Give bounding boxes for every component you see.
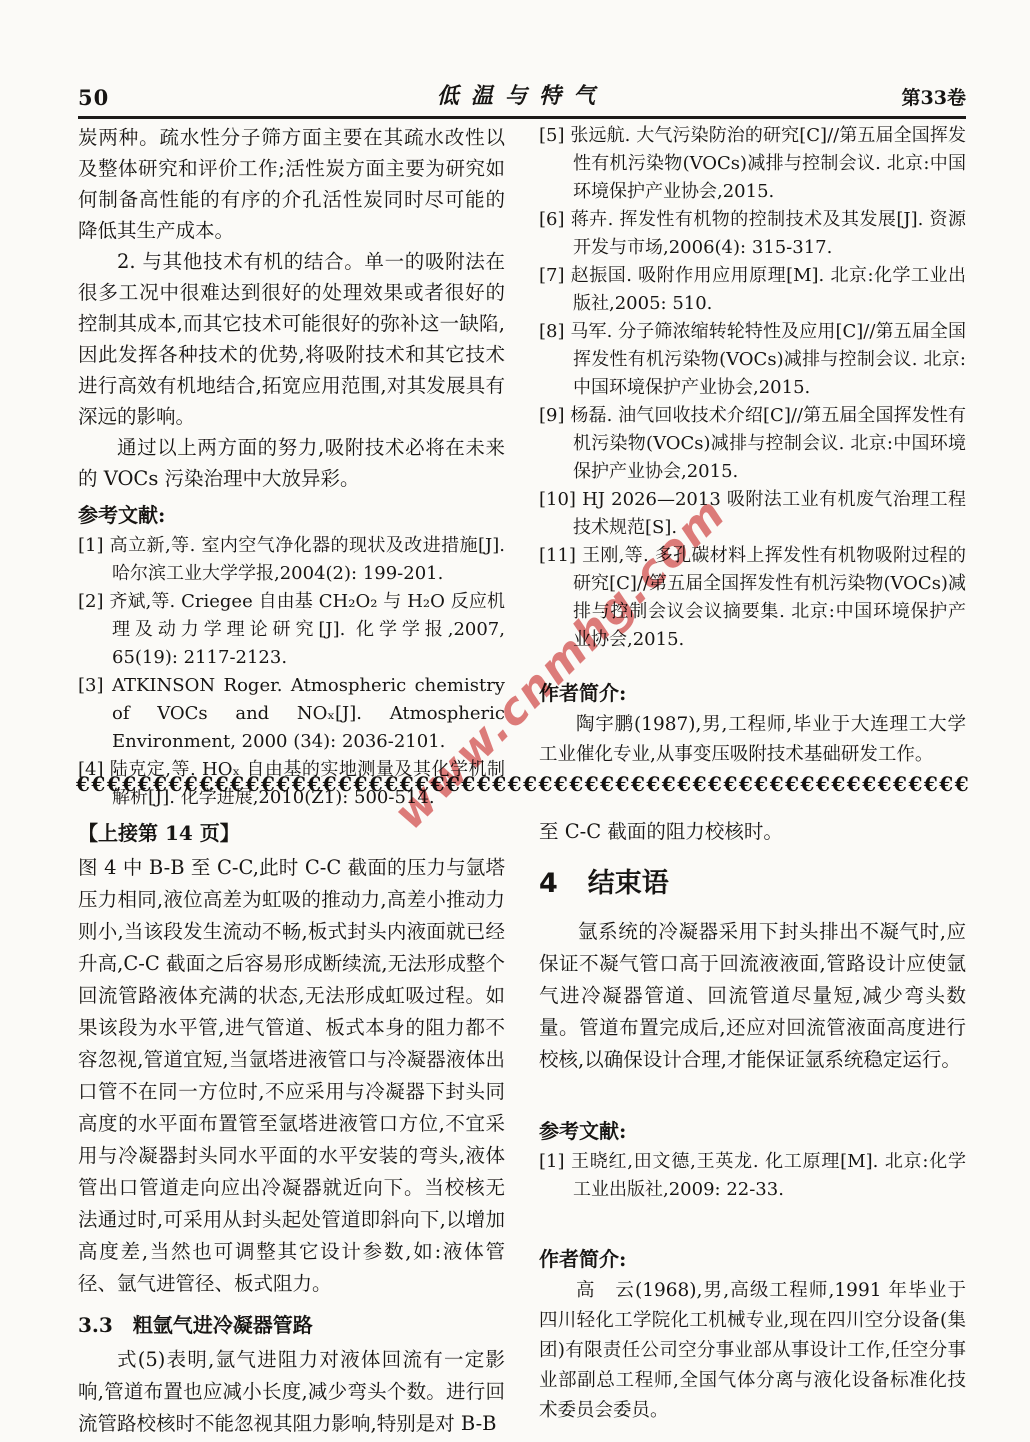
author-bio-heading: 作者简介:: [539, 1244, 966, 1274]
reference-text: 齐斌,等. Criegee 自由基 CH₂O₂ 与 H₂O 反应机理及动力学理论…: [109, 591, 505, 668]
reference-text: 高立新,等. 室内空气净化器的现状及改进措施[J]. 哈尔滨工业大学学报,200…: [110, 535, 505, 584]
reference-item: [1] 高立新,等. 室内空气净化器的现状及改进措施[J]. 哈尔滨工业大学学报…: [78, 532, 505, 588]
reference-item: [11] 王刚,等. 多孔碳材料上挥发性有机物吸附过程的研究[C]//第五届全国…: [539, 542, 966, 654]
reference-text: ATKINSON Roger. Atmospheric chemistry of…: [112, 675, 505, 752]
reference-label: [1]: [539, 1151, 565, 1172]
carry-over-line: 至 C-C 截面的阻力校核时。: [539, 816, 966, 848]
reference-item: [6] 蒋卉. 挥发性有机物的控制技术及其发展[J]. 资源开发与市场,2006…: [539, 206, 966, 262]
reference-item: [7] 赵振国. 吸附作用应用原理[M]. 北京:化学工业出版社,2005: 5…: [539, 262, 966, 318]
section-divider: €€€€€€€€€€€€€€€€€€€€€€€€€€€€€€€€€€€€€€€€…: [76, 774, 970, 796]
reference-text: HJ 2026—2013 吸附法工业有机废气治理工程技术规范[S].: [573, 489, 966, 538]
paragraph: 式(5)表明,氩气进阻力对液体回流有一定影响,管道布置也应减小长度,减少弯头个数…: [78, 1344, 505, 1440]
reference-text: 蒋卉. 挥发性有机物的控制技术及其发展[J]. 资源开发与市场,2006(4):…: [571, 209, 966, 258]
reference-text: 赵振国. 吸附作用应用原理[M]. 北京:化学工业出版社,2005: 510.: [571, 265, 966, 314]
reference-item: [8] 马军. 分子筛浓缩转轮特性及应用[C]//第五届全国挥发性有机污染物(V…: [539, 318, 966, 402]
paragraph: 氩系统的冷凝器采用下封头排出不凝气时,应保证不凝气管口高于回流液液面,管路设计应…: [539, 916, 966, 1076]
page-header: 50 低温与特气 第33卷: [78, 74, 966, 119]
reference-label: [5]: [539, 125, 565, 146]
paragraph: 炭两种。疏水性分子筛方面主要在其疏水改性以及整体研究和评价工作;活性炭方面主要为…: [78, 122, 505, 246]
section-number: 4: [539, 864, 558, 904]
references-heading: 参考文献:: [78, 500, 505, 530]
reference-text: 张远航. 大气污染防治的研究[C]//第五届全国挥发性有机污染物(VOCs)减排…: [570, 125, 966, 202]
reference-label: [9]: [539, 405, 565, 426]
reference-label: [6]: [539, 209, 565, 230]
paragraph: 2. 与其他技术有机的结合。单一的吸附法在很多工况中很难达到很好的处理效果或者很…: [78, 246, 505, 432]
reference-label: [2]: [78, 591, 104, 612]
reference-item: [10] HJ 2026—2013 吸附法工业有机废气治理工程技术规范[S].: [539, 486, 966, 542]
reference-text: 杨磊. 油气回收技术介绍[C]//第五届全国挥发性有机污染物(VOCs)减排与控…: [570, 405, 966, 482]
reference-item: [9] 杨磊. 油气回收技术介绍[C]//第五届全国挥发性有机污染物(VOCs)…: [539, 402, 966, 486]
reference-item: [1] 王晓红,田文德,王英龙. 化工原理[M]. 北京:化学工业出版社,200…: [539, 1148, 966, 1204]
reference-label: [1]: [78, 535, 104, 556]
paragraph: 图 4 中 B-B 至 C-C,此时 C-C 截面的压力与氩塔压力相同,液位高差…: [78, 852, 505, 1300]
reference-label: [3]: [78, 675, 104, 696]
reference-item: [5] 张远航. 大气污染防治的研究[C]//第五届全国挥发性有机污染物(VOC…: [539, 122, 966, 206]
section-title: 粗氩气进冷凝器管路: [133, 1308, 313, 1342]
references-heading: 参考文献:: [539, 1116, 966, 1146]
section-title: 结束语: [588, 864, 669, 904]
journal-page: 50 低温与特气 第33卷 炭两种。疏水性分子筛方面主要在其疏水改性以及整体研究…: [0, 0, 1030, 1442]
top-section: 炭两种。疏水性分子筛方面主要在其疏水改性以及整体研究和评价工作;活性炭方面主要为…: [78, 122, 966, 790]
left-column-bottom: 【上接第 14 页】 图 4 中 B-B 至 C-C,此时 C-C 截面的压力与…: [78, 816, 505, 1440]
section-3-3-heading: 3.3 粗氩气进冷凝器管路: [78, 1308, 505, 1342]
reference-text: 王刚,等. 多孔碳材料上挥发性有机物吸附过程的研究[C]//第五届全国挥发性有机…: [573, 545, 966, 650]
reference-label: [7]: [539, 265, 565, 286]
reference-label: [8]: [539, 321, 565, 342]
reference-label: [11]: [539, 545, 576, 566]
reference-text: 马军. 分子筛浓缩转轮特性及应用[C]//第五届全国挥发性有机污染物(VOCs)…: [570, 321, 966, 398]
journal-title: 低温与特气: [78, 79, 966, 110]
author-bio: 陶宇鹏(1987),男,工程师,毕业于大连理工大学工业催化专业,从事变压吸附技术…: [539, 710, 966, 770]
reference-item: [3] ATKINSON Roger. Atmospheric chemistr…: [78, 672, 505, 756]
right-column-bottom: 至 C-C 截面的阻力校核时。 4 结束语 氩系统的冷凝器采用下封头排出不凝气时…: [539, 816, 966, 1426]
section-number: 3.3: [78, 1308, 113, 1342]
reference-label: [10]: [539, 489, 576, 510]
reference-item: [2] 齐斌,等. Criegee 自由基 CH₂O₂ 与 H₂O 反应机理及动…: [78, 588, 505, 672]
left-column-top: 炭两种。疏水性分子筛方面主要在其疏水改性以及整体研究和评价工作;活性炭方面主要为…: [78, 122, 505, 812]
paragraph: 通过以上两方面的努力,吸附技术必将在未来的 VOCs 污染治理中大放异彩。: [78, 432, 505, 494]
right-column-top: [5] 张远航. 大气污染防治的研究[C]//第五届全国挥发性有机污染物(VOC…: [539, 122, 966, 770]
reference-text: 王晓红,田文德,王英龙. 化工原理[M]. 北京:化学工业出版社,2009: 2…: [571, 1151, 966, 1200]
continuation-tag: 【上接第 14 页】: [78, 816, 505, 850]
author-bio: 高 云(1968),男,高级工程师,1991 年毕业于四川轻化工学院化工机械专业…: [539, 1276, 966, 1426]
bottom-section: 【上接第 14 页】 图 4 中 B-B 至 C-C,此时 C-C 截面的压力与…: [78, 816, 966, 1412]
section-4-heading: 4 结束语: [539, 864, 966, 904]
author-bio-heading: 作者简介:: [539, 678, 966, 708]
